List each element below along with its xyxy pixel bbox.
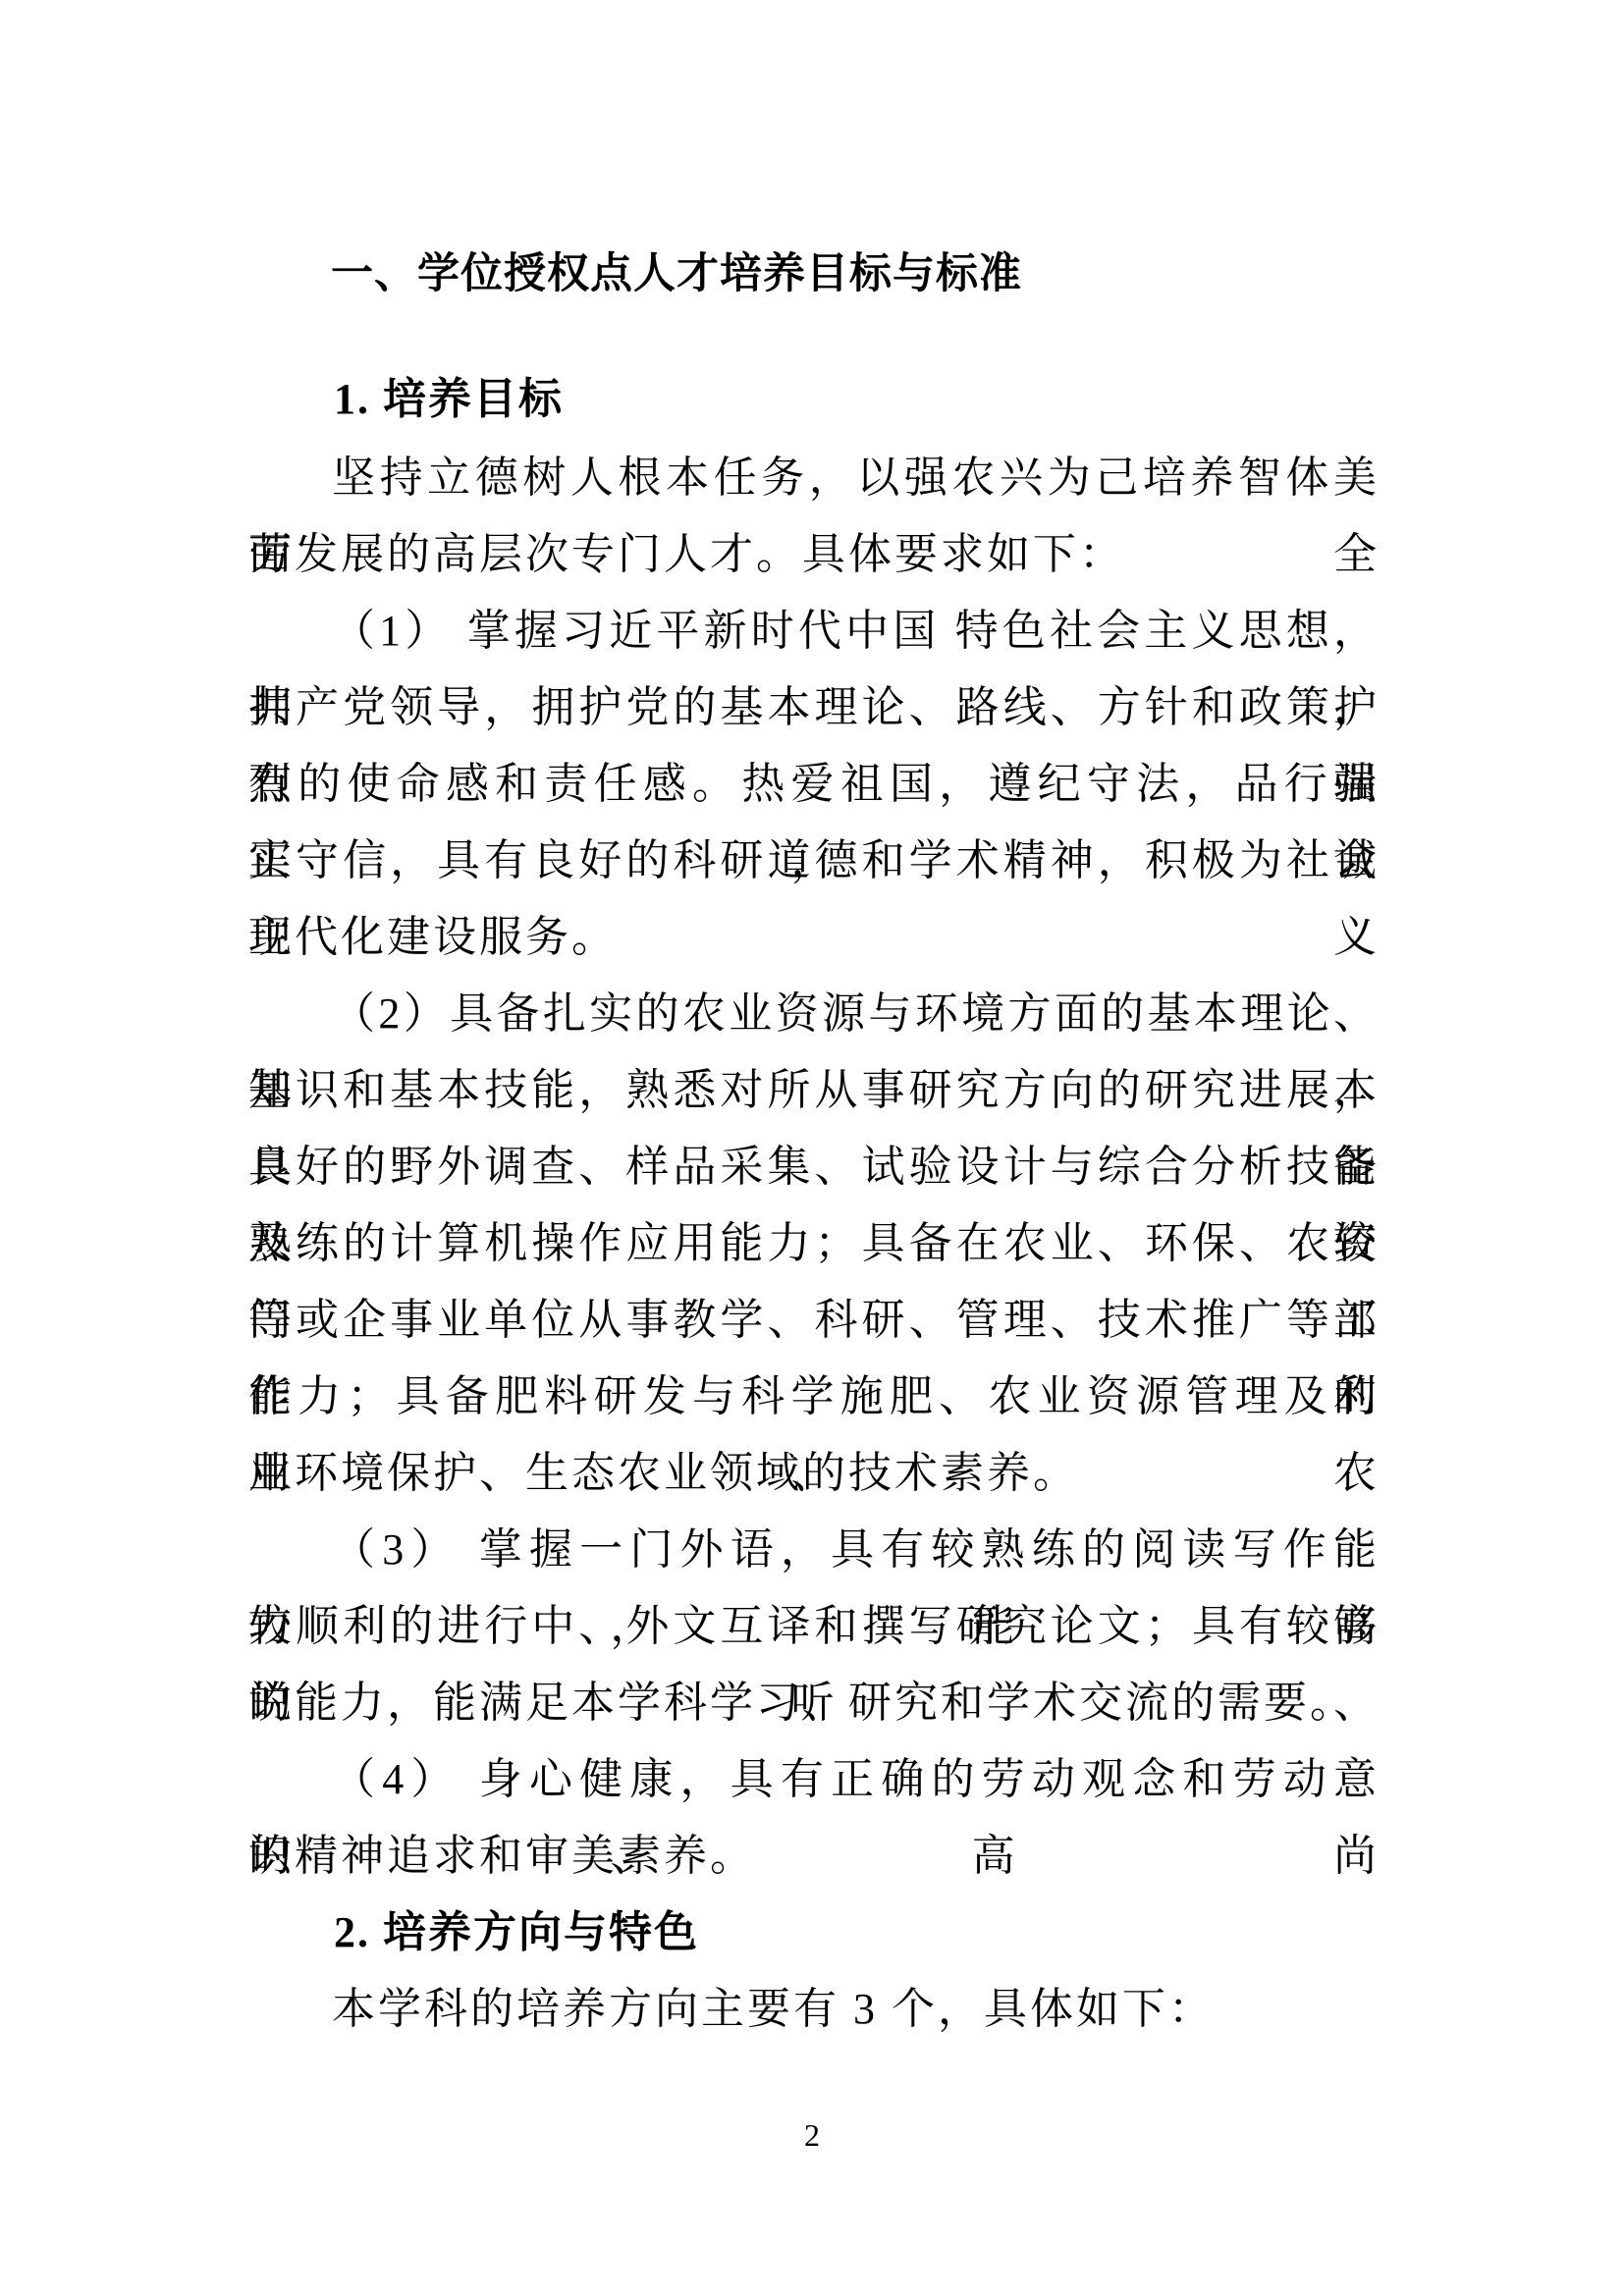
text-line: 较顺利的进行中、外文互译和撰写研究论文；具有较高的听、 bbox=[248, 1588, 1380, 1665]
text-line: 门或企事业单位从事教学、科研、管理、技术推广等工作的 bbox=[248, 1282, 1380, 1359]
section-heading: 2. 培养方向与特色 bbox=[334, 1895, 1380, 1971]
page-content: 一、学位授权点人才培养目标与标准 1. 培养目标坚持立德树人根本任务，以强农兴为… bbox=[248, 236, 1380, 2048]
text-line: 本学科的培养方向主要有 3 个，具体如下： bbox=[248, 1971, 1380, 2048]
text-line: 说能力，能满足本学科学习、研究和学术交流的需要。 bbox=[248, 1665, 1380, 1741]
document-title: 一、学位授权点人才培养目标与标准 bbox=[331, 236, 1380, 312]
text-line: 共产党领导，拥护党的基本理论、路线、方针和政策，有强 bbox=[248, 669, 1380, 746]
text-line: （3） 掌握一门外语，具有较熟练的阅读写作能力，能够 bbox=[248, 1512, 1380, 1588]
text-line: 烈的使命感和责任感。热爱祖国，遵纪守法，品行端正，诚 bbox=[248, 746, 1380, 823]
text-line: 熟练的计算机操作应用能力；具备在农业、环保、农资等部 bbox=[248, 1205, 1380, 1282]
section: 2. 培养方向与特色本学科的培养方向主要有 3 个，具体如下： bbox=[248, 1895, 1380, 2048]
text-line: 良好的野外调查、样品采集、试验设计与综合分析技能及较 bbox=[248, 1129, 1380, 1205]
text-line: 坚持立德树人根本任务，以强农兴为己培养智体美劳全 bbox=[248, 440, 1380, 516]
sections-container: 1. 培养目标坚持立德树人根本任务，以强农兴为己培养智体美劳全面发展的高层次专门… bbox=[248, 361, 1380, 2048]
text-line: 能力；具备肥料研发与科学施肥、农业资源管理及利用、农 bbox=[248, 1359, 1380, 1435]
text-line: 知识和基本技能，熟悉对所从事研究方向的研究进展，具备 bbox=[248, 1052, 1380, 1129]
text-line: （4） 身心健康，具有正确的劳动观念和劳动意识、高尚 bbox=[248, 1741, 1380, 1818]
section-heading: 1. 培养目标 bbox=[334, 361, 1380, 438]
section: 1. 培养目标坚持立德树人根本任务，以强农兴为己培养智体美劳全面发展的高层次专门… bbox=[248, 361, 1380, 1895]
text-line: 实守信，具有良好的科研道德和学术精神，积极为社会主义 bbox=[248, 823, 1380, 899]
document-page: 一、学位授权点人才培养目标与标准 1. 培养目标坚持立德树人根本任务，以强农兴为… bbox=[0, 0, 1624, 2296]
text-line: （2）具备扎实的农业资源与环境方面的基本理论、基本 bbox=[248, 976, 1380, 1052]
text-line: （1） 掌握习近平新时代中国 特色社会主义思想，拥护 bbox=[248, 593, 1380, 669]
page-number: 2 bbox=[0, 2118, 1624, 2152]
